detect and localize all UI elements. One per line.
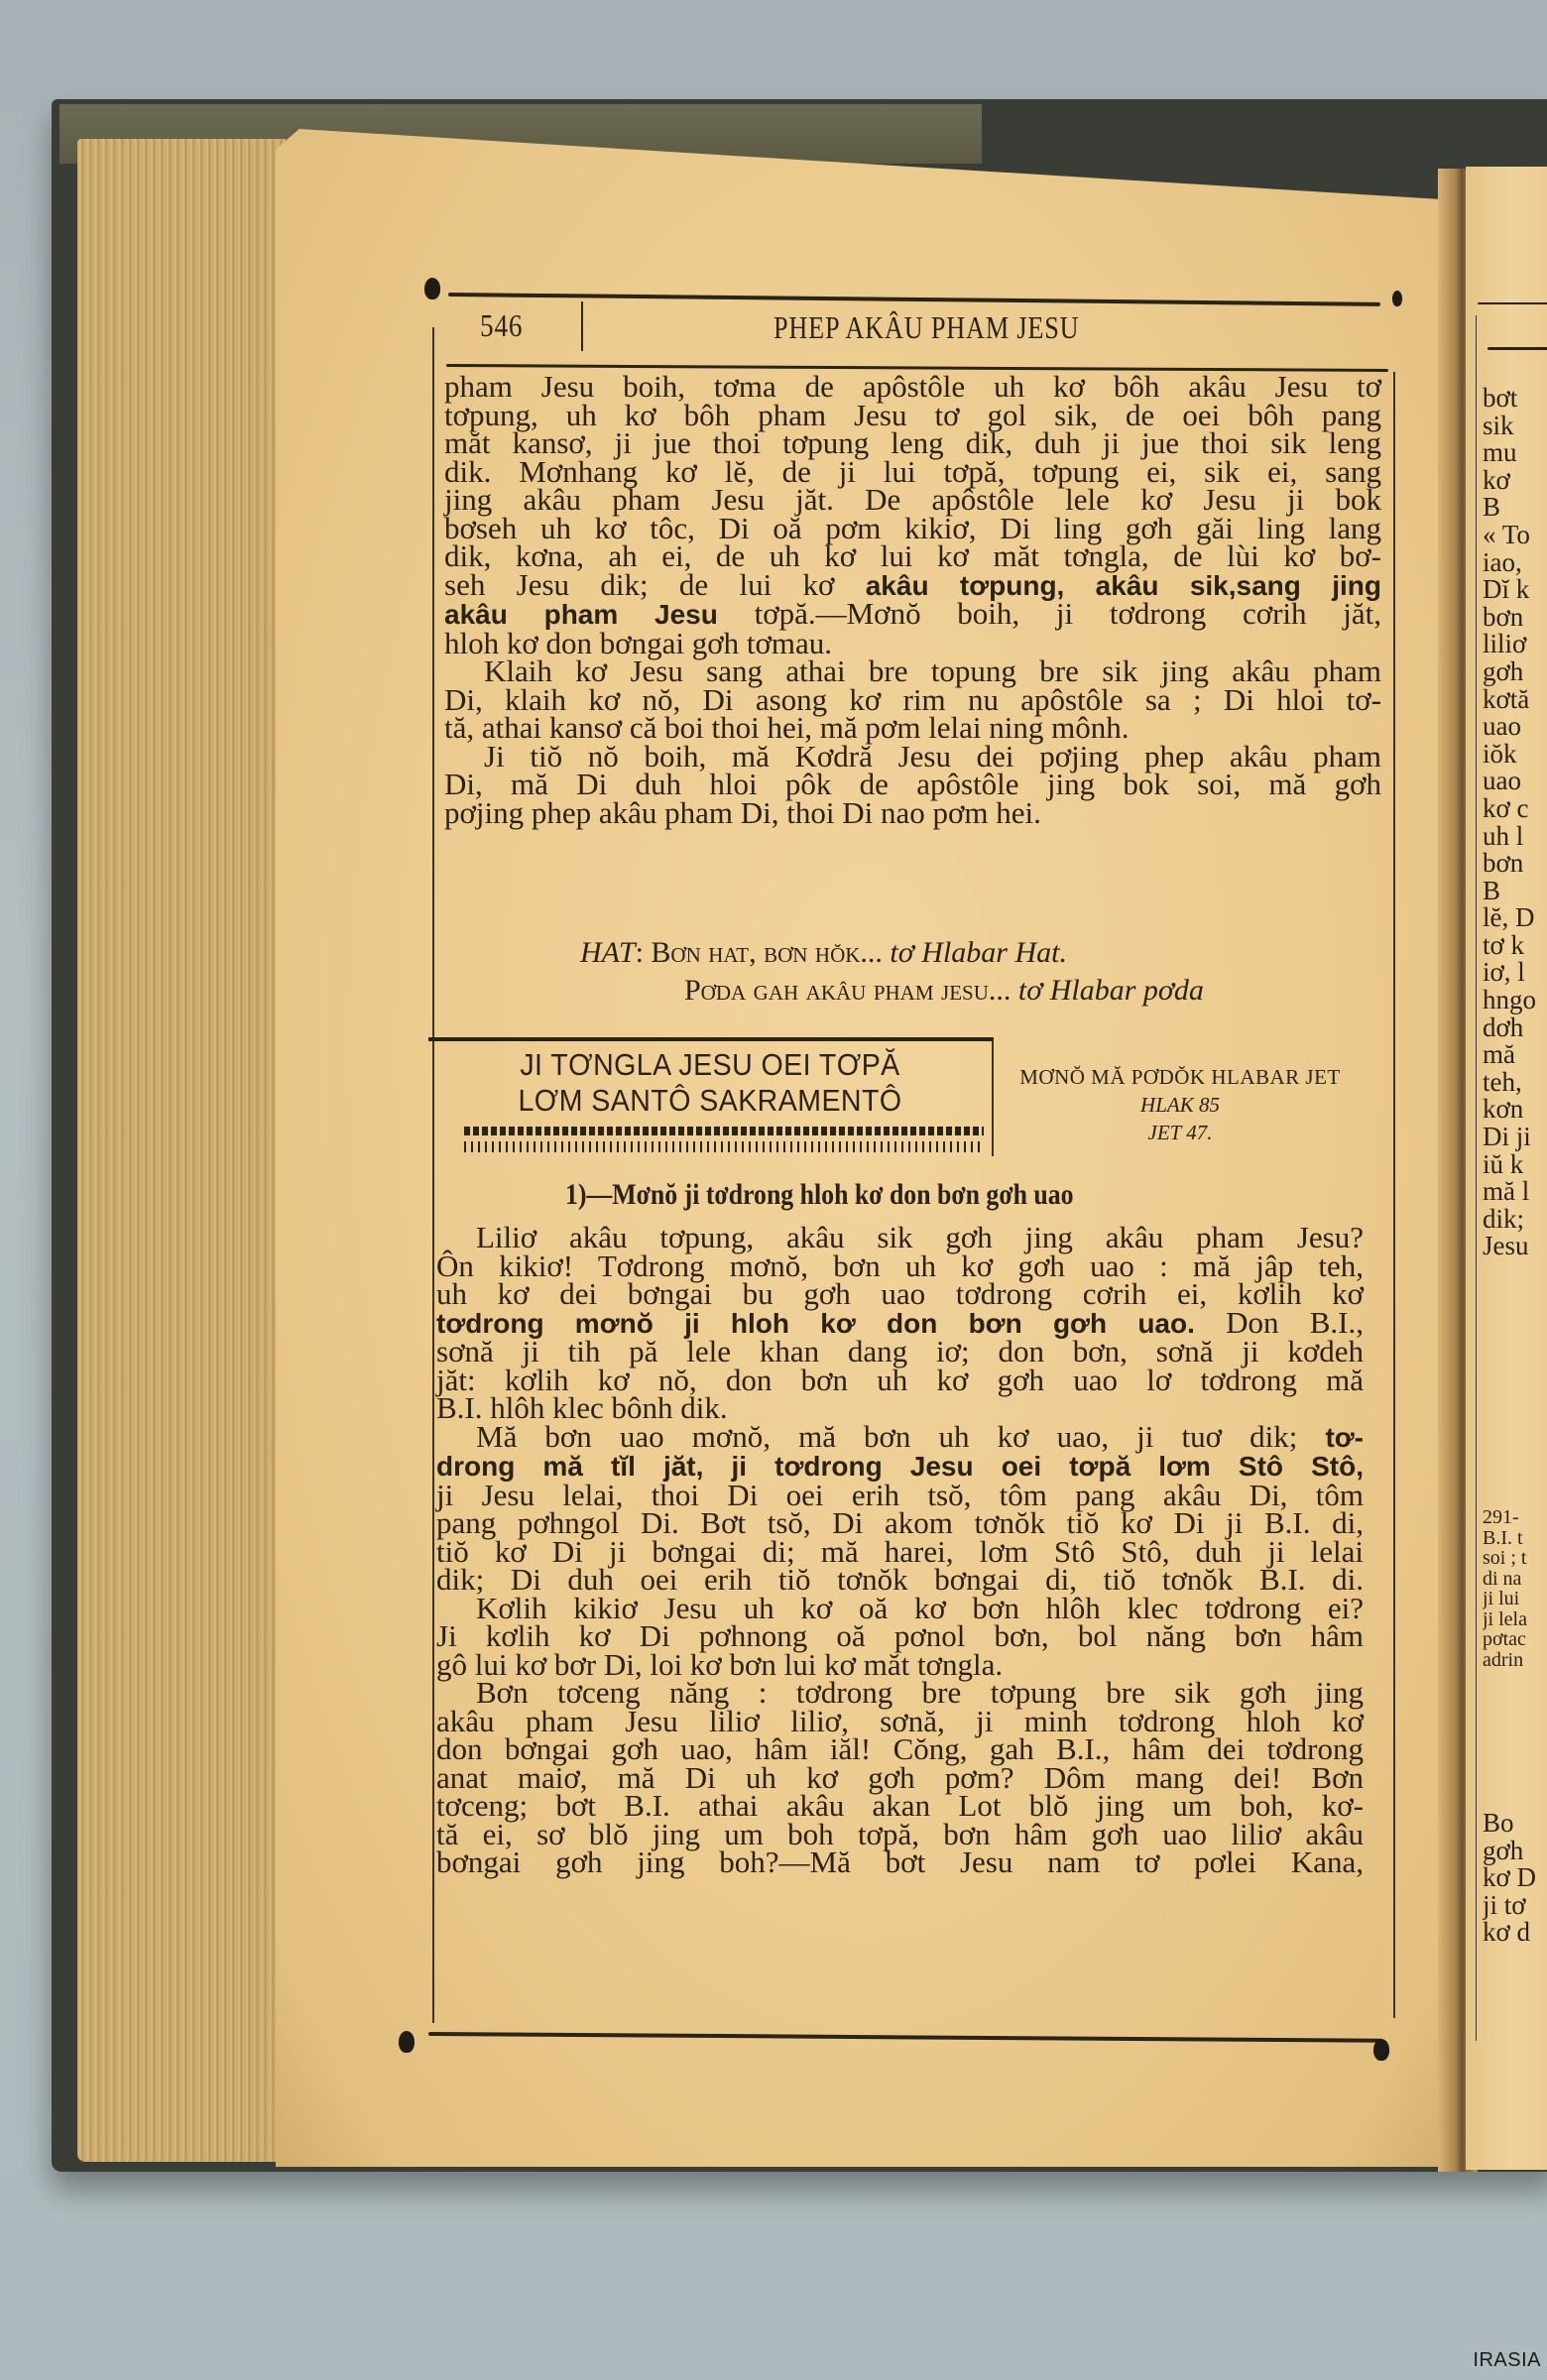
facing-text-line: adrin: [1483, 1650, 1547, 1671]
facing-text-line: Bo: [1483, 1810, 1547, 1838]
facing-text-line: soi ; t: [1483, 1548, 1547, 1569]
facing-text-line: iŭ k: [1483, 1151, 1547, 1179]
subheading: 1)—Mơnŏ ji tơdrong hloh kơ don bơn gơh u…: [565, 1178, 1074, 1212]
facing-text-line: pơtac: [1483, 1629, 1547, 1650]
hymn-reference-2: Pơda gah akâu pham jesu... tơ Hlabar pơd…: [684, 974, 1204, 1008]
facing-text-line: kơ d: [1483, 1919, 1547, 1947]
watermark: IRASIA: [1473, 2349, 1541, 2372]
facing-text-line: sik: [1483, 413, 1547, 440]
facing-text-line: kơ c: [1483, 795, 1547, 823]
facing-text-line: kơtă: [1483, 686, 1547, 714]
facing-text-line: Jesu: [1483, 1233, 1547, 1260]
facing-text-line: B.I. t: [1483, 1528, 1547, 1549]
facing-text-line: kơ D: [1483, 1864, 1547, 1892]
facing-left-frame-line: [1476, 315, 1477, 2041]
corner-rosette-icon: [1373, 2039, 1389, 2061]
facing-text-line: ji lui: [1483, 1589, 1547, 1609]
corner-rosette-icon: [424, 278, 440, 299]
facing-text-line: bơt: [1483, 385, 1547, 413]
section-heading-box: JI TƠNGLA JESU OEI TƠPĂ LƠM SANTÔ SAKRAM…: [428, 1037, 994, 1156]
facing-page-column-c: Bogơhkơ Dji tơkơ d: [1483, 1810, 1547, 1947]
reading-note-line-2: HLAK 85: [992, 1093, 1368, 1118]
text-line: Mă bơn uao mơnŏ, mă bơn uh kơ uao, ji tu…: [436, 1423, 1364, 1453]
facing-text-line: B: [1483, 494, 1547, 522]
facing-text-line: bơn: [1483, 604, 1547, 632]
facing-text-line: iŏk: [1483, 741, 1547, 769]
facing-text-line: gơh: [1483, 1838, 1547, 1865]
body-text-upper: pham Jesu boih, tơma de apôstôle uh kơ b…: [444, 373, 1381, 827]
facing-text-line: mă: [1483, 1041, 1547, 1069]
facing-text-line: lĕ, D: [1483, 904, 1547, 932]
reading-note-line-3: JET 47.: [992, 1121, 1368, 1145]
facing-page-column-b: 291-B.I. tsoi ; tdi naji luiji lelapơtac…: [1483, 1507, 1547, 1670]
facing-text-line: ji lela: [1483, 1609, 1547, 1630]
hymn-reference-1: HAT: Bơn hat, bơn hŏk... tơ Hlabar Hat.: [580, 936, 1067, 970]
facing-text-line: iơ, l: [1483, 959, 1547, 987]
facing-text-line: mu: [1483, 439, 1547, 467]
facing-text-line: uao: [1483, 713, 1547, 741]
facing-text-line: di na: [1483, 1569, 1547, 1590]
body-text-lower: Liliơ akâu tơpung, akâu sik gơh jing akâ…: [436, 1224, 1364, 1877]
facing-text-line: teh,: [1483, 1069, 1547, 1097]
running-title: PHEP AKÂU PHAM JESU: [773, 309, 1079, 346]
facing-text-line: « To: [1483, 522, 1547, 549]
facing-text-line: kơn: [1483, 1096, 1547, 1124]
section-title-line-1: JI TƠNGLA JESU OEI TƠPĂ: [451, 1047, 970, 1083]
right-frame-line: [1393, 372, 1395, 2018]
facing-text-line: liliơ: [1483, 631, 1547, 658]
facing-text-line: uao: [1483, 768, 1547, 795]
facing-text-line: tơ k: [1483, 932, 1547, 960]
facing-text-line: kơ: [1483, 467, 1547, 495]
facing-text-line: hngo: [1483, 987, 1547, 1014]
head-divider: [581, 301, 583, 351]
section-title-line-2: LƠM SANTÔ SAKRAMENTÔ: [451, 1083, 970, 1119]
facing-text-line: bơn: [1483, 850, 1547, 878]
reading-note-line-1: MƠNŎ MĂ PƠDŎK HLABAR JET: [992, 1065, 1368, 1090]
facing-text-line: gơh: [1483, 658, 1547, 686]
facing-text-line: ji tơ: [1483, 1892, 1547, 1920]
page-number: 546: [480, 307, 523, 344]
page-stack-edges: [77, 139, 286, 2162]
facing-text-line: B: [1483, 878, 1547, 905]
facing-text-line: uh l: [1483, 823, 1547, 851]
facing-text-line: mă l: [1483, 1178, 1547, 1206]
left-frame-line: [432, 327, 434, 2023]
facing-head-underline: [1487, 347, 1547, 350]
facing-text-line: dik;: [1483, 1206, 1547, 1234]
facing-top-rule: [1478, 302, 1547, 304]
facing-text-line: iao,: [1483, 549, 1547, 577]
running-head: 546 PHEP AKÂU PHAM JESU: [436, 303, 1428, 363]
ornamental-border: [464, 1125, 984, 1152]
corner-rosette-icon: [399, 2031, 415, 2053]
facing-page-column-a: bơtsikmukơ B« Toiao,Dĭ kbơnliliơgơhkơtău…: [1483, 385, 1547, 1260]
hymn-label: HAT: [580, 936, 636, 969]
facing-text-line: Dĭ k: [1483, 576, 1547, 604]
text-line: pơjing phep akâu pham Di, thoi Di nao pơ…: [444, 799, 1381, 828]
facing-text-line: 291-: [1483, 1507, 1547, 1528]
facing-text-line: dơh: [1483, 1014, 1547, 1042]
facing-text-line: Di ji: [1483, 1124, 1547, 1151]
text-line: bơngai gơh jing boh?—Mă bơt Jesu nam tơ …: [436, 1848, 1364, 1877]
